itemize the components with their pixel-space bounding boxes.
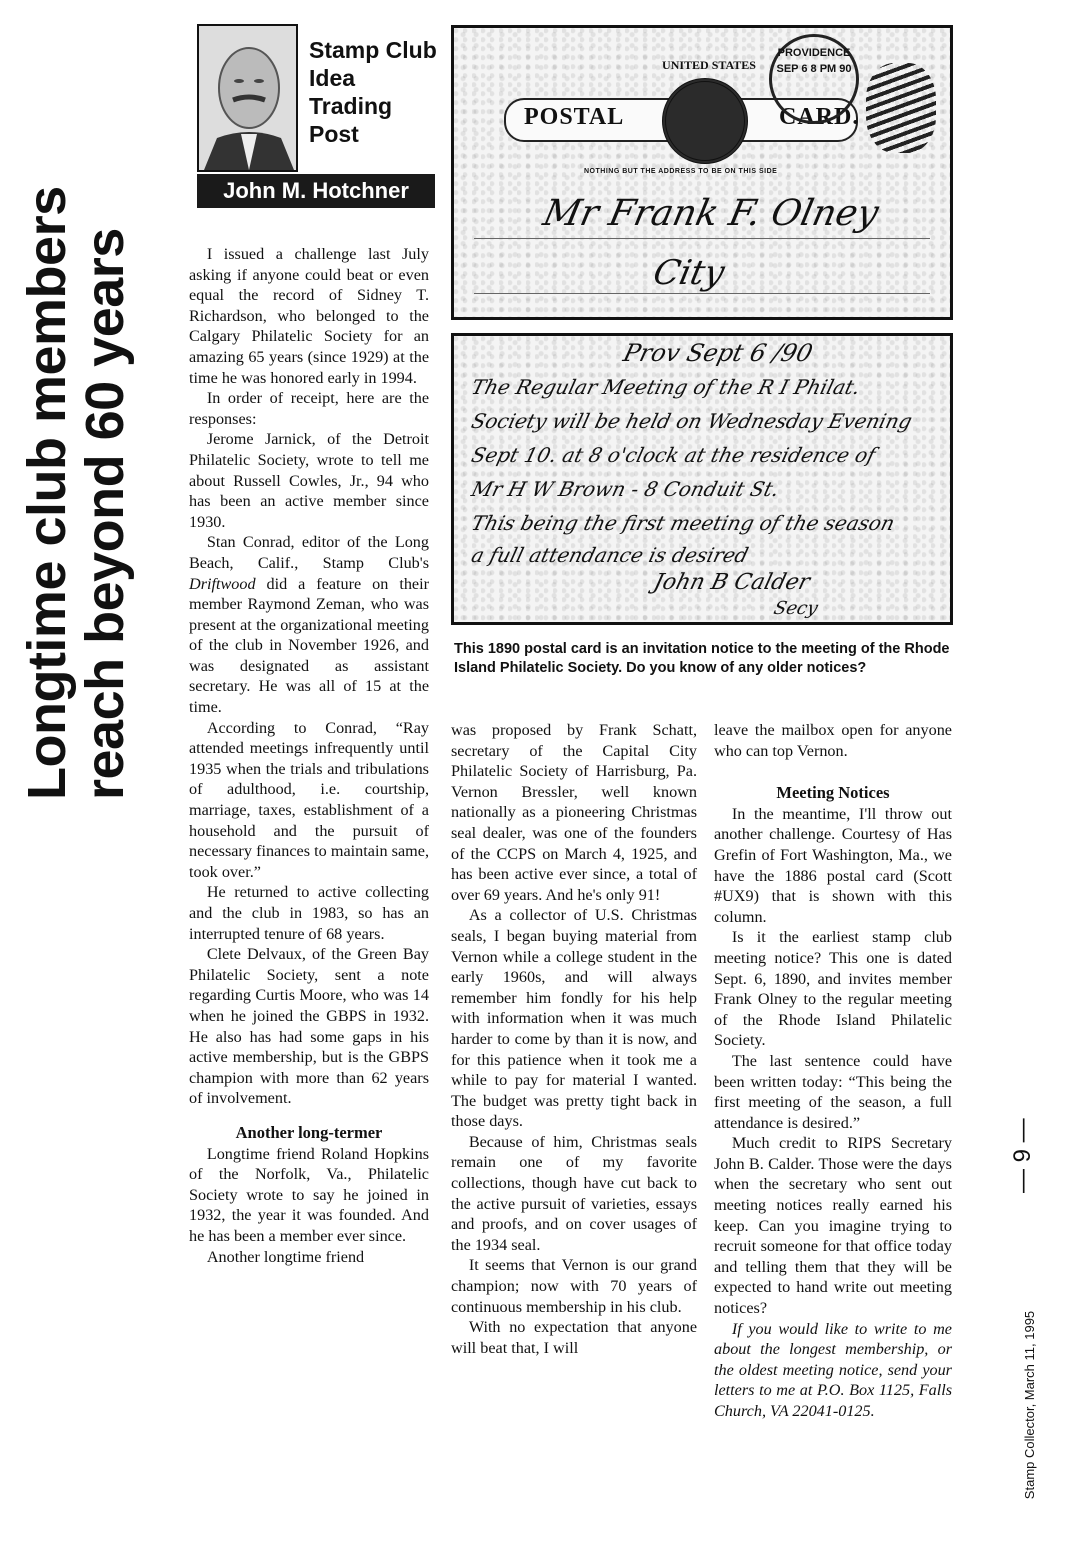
paragraph: Is it the earliest stamp club meeting no…	[714, 927, 952, 1051]
cancellation-bars-icon	[866, 63, 936, 153]
paragraph: Longtime friend Roland Hopkins of the No…	[189, 1144, 429, 1247]
handwritten-city: City	[650, 253, 728, 293]
handwritten-line: Society will be held on Wednesday Evenin…	[468, 406, 915, 436]
paragraph: He returned to active collecting and the…	[189, 882, 429, 944]
handwritten-title: Secy	[770, 594, 821, 624]
column-title: Stamp Club Idea Trading Post	[309, 36, 439, 148]
publication-dateline: Stamp Collector, March 11, 1995	[1020, 1255, 1040, 1554]
paragraph: Jerome Jarnick, of the Detroit Philateli…	[189, 429, 429, 532]
paragraph: In order of receipt, here are the respon…	[189, 388, 429, 429]
handwritten-line: Mr H W Brown - 8 Conduit St.	[468, 474, 782, 504]
jefferson-portrait-icon	[662, 78, 748, 164]
paragraph: was proposed by Frank Schatt, secretary …	[451, 720, 697, 905]
column-masthead: Stamp Club Idea Trading Post John M. Hot…	[197, 24, 435, 210]
subhead-meeting-notices: Meeting Notices	[714, 783, 952, 804]
closing-note: If you would like to write to me about t…	[714, 1319, 952, 1422]
paragraph: Another longtime friend	[189, 1247, 429, 1268]
united-states-label: UNITED STATES	[649, 58, 769, 73]
author-byline: John M. Hotchner	[197, 174, 435, 208]
providence-postmark: PROVIDENCE SEP 6 8 PM 90	[769, 34, 859, 124]
handwritten-line: The Regular Meeting of the R I Philat.	[468, 372, 863, 402]
headline-line-1: Longtime club members	[18, 60, 76, 800]
article-column-3: leave the mailbox open for anyone who ca…	[714, 720, 952, 1422]
paragraph: With no expectation that anyone will bea…	[451, 1317, 697, 1358]
portrait-photo-icon	[199, 26, 296, 170]
paragraph: According to Conrad, “Ray attended meeti…	[189, 718, 429, 883]
headline: Longtime club members reach beyond 60 ye…	[18, 60, 148, 800]
handwritten-line: Sept 10. at 8 o'clock at the residence o…	[468, 440, 878, 470]
handwritten-line: a full attendance is desired	[468, 540, 751, 570]
postal-card-message-image: Prov Sept 6 /90 The Regular Meeting of t…	[451, 333, 953, 625]
postal-label: POSTAL	[524, 104, 624, 131]
headline-line-2: reach beyond 60 years	[76, 60, 134, 800]
paragraph: In the meantime, I'll throw out another …	[714, 804, 952, 928]
handwritten-line: Prov Sept 6 /90	[620, 338, 816, 368]
paragraph: As a collector of U.S. Christmas seals, …	[451, 905, 697, 1132]
paragraph: leave the mailbox open for anyone who ca…	[714, 720, 952, 761]
page-number: — 9 —	[993, 1153, 1053, 1193]
paragraph: I issued a challenge last July asking if…	[189, 244, 429, 388]
paragraph: The last sentence could have been writte…	[714, 1051, 952, 1133]
handwritten-line: This being the first meeting of the seas…	[468, 508, 898, 538]
author-portrait	[197, 24, 298, 172]
subhead-another-long-termer: Another long-termer	[189, 1123, 429, 1144]
paragraph: It seems that Vernon is our grand champi…	[451, 1255, 697, 1317]
handwritten-addressee: Mr Frank F. Olney	[540, 193, 882, 234]
article-column-1: I issued a challenge last July asking if…	[189, 244, 429, 1267]
paragraph: Much credit to RIPS Secretary John B. Ca…	[714, 1133, 952, 1318]
postal-card-front-image: UNITED STATES POSTAL CARD. PROVIDENCE SE…	[451, 25, 953, 320]
paragraph: Stan Conrad, editor of the Long Beach, C…	[189, 532, 429, 717]
paragraph: Because of him, Christmas seals remain o…	[451, 1132, 697, 1256]
publication-name: Driftwood	[189, 575, 256, 593]
article-column-2: was proposed by Frank Schatt, secretary …	[451, 720, 697, 1358]
address-side-notice: NOTHING BUT THE ADDRESS TO BE ON THIS SI…	[584, 168, 777, 175]
paragraph: Clete Delvaux, of the Green Bay Philatel…	[189, 944, 429, 1109]
figure-caption: This 1890 postal card is an invitation n…	[454, 640, 954, 678]
